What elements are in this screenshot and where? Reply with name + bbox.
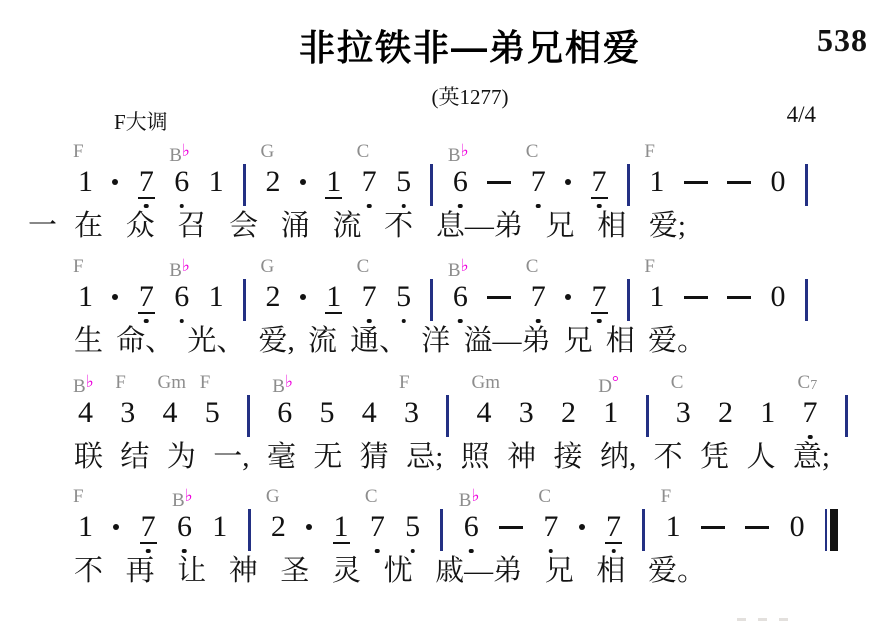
lyric-syllable: 不 — [74, 555, 103, 587]
chord-label: C — [357, 142, 370, 161]
octave-dot-icon — [144, 319, 149, 324]
chord-root: G — [260, 141, 274, 162]
chord-label: C — [671, 373, 684, 392]
duration-dash-icon — [499, 512, 523, 542]
chord-label: C — [538, 487, 551, 506]
note: 7 — [138, 282, 155, 312]
octave-dot-icon — [367, 319, 372, 324]
lyrics-line-4: 不再让神圣灵忧戚—弟兄相爱。 — [74, 555, 706, 587]
note-digit: 3 — [404, 398, 419, 428]
lyric-syllable: 众 — [126, 210, 155, 242]
chord-root: B — [169, 145, 182, 166]
chord-root: Gm — [472, 372, 501, 393]
lyric-syllable: 相 — [597, 210, 626, 242]
chord-root: G — [266, 486, 280, 507]
note: 5 — [405, 512, 420, 542]
key-signature: F大调 — [114, 106, 168, 136]
note-digit: 5 — [320, 398, 335, 428]
barline-icon — [430, 279, 433, 321]
duration-dash-icon — [487, 282, 511, 312]
lyric-syllable: 毫 — [267, 441, 296, 473]
chord-accidental-icon: ♭ — [461, 141, 469, 160]
note: 1 — [212, 512, 227, 542]
note: 6B♭ — [464, 512, 479, 542]
note: 1F — [78, 512, 93, 542]
note: 7C — [531, 167, 546, 197]
note: 6B♭ — [277, 398, 292, 428]
final-barline-icon — [825, 509, 838, 551]
lyric-syllable: 凭 — [700, 441, 729, 473]
barline-icon — [440, 509, 443, 551]
chord-accidental-icon: ♭ — [86, 372, 94, 391]
chord-accidental-icon: ° — [612, 372, 619, 391]
chord-label: B♭ — [272, 373, 293, 396]
lyric-syllable: 意; — [793, 441, 830, 473]
note-digit: 7 — [543, 512, 558, 542]
duration-dash-icon — [684, 167, 708, 197]
chord-root: B — [73, 376, 86, 397]
note-digit: 4 — [163, 398, 178, 428]
lyrics-line-2: 生命、光、爱,流通、洋溢—弟兄相爱。 — [74, 325, 706, 357]
lyric-syllable: 光、 — [187, 325, 245, 357]
lyric-syllable: 圣 — [280, 555, 309, 587]
barline-icon — [805, 164, 808, 206]
barline-icon — [243, 279, 246, 321]
note-digit: 1 — [649, 282, 664, 312]
octave-dot-icon — [597, 319, 602, 324]
lyric-syllable: 命、 — [116, 325, 174, 357]
note: 0 — [771, 167, 786, 197]
lyric-syllable: 忧 — [384, 555, 413, 587]
note-digit: 7 — [591, 282, 608, 314]
note-digit: 2 — [271, 512, 286, 542]
note: 6B♭ — [453, 167, 468, 197]
octave-dot-icon — [597, 204, 602, 209]
note: 4 — [362, 398, 377, 428]
note-digit: 0 — [790, 512, 805, 542]
note: 3F — [404, 398, 419, 428]
lyrics-line-3: 联结为一,毫无猜忌;照神接纳,不凭人意; — [74, 441, 830, 473]
page-bottom-cutoff-fragment — [737, 618, 788, 621]
note: 1 — [209, 167, 224, 197]
note: 1 — [325, 282, 342, 312]
octave-dot-icon — [401, 204, 406, 209]
lyric-syllable: 神 — [507, 441, 536, 473]
lyric-syllable: 流 — [332, 210, 361, 242]
chord-accidental-icon: ♭ — [285, 372, 293, 391]
note-digit: 1 — [209, 167, 224, 197]
chord-label: B♭ — [172, 487, 193, 510]
octave-dot-icon — [549, 549, 554, 554]
chord-root: G — [260, 256, 274, 277]
barline-icon — [642, 509, 645, 551]
chord-label: D° — [598, 373, 619, 396]
lyric-syllable: 联 — [74, 441, 103, 473]
note-digit: 1 — [209, 282, 224, 312]
chord-root: F — [73, 141, 84, 162]
note-digit: 1 — [78, 282, 93, 312]
octave-dot-icon — [182, 549, 187, 554]
chord-root: D — [598, 376, 612, 397]
octave-dot-icon — [458, 204, 463, 209]
note-digit: 6 — [177, 512, 192, 542]
chord-label: B♭ — [448, 142, 469, 165]
note-digit: 6 — [277, 398, 292, 428]
note-digit: 6 — [453, 167, 468, 197]
note: 1D° — [603, 398, 618, 428]
note-digit: 1 — [333, 512, 350, 544]
barline-icon — [430, 164, 433, 206]
octave-dot-icon — [144, 204, 149, 209]
note: 7C — [543, 512, 558, 542]
chord-label: F — [73, 257, 84, 276]
lyric-syllable: 不 — [654, 441, 683, 473]
octave-dot-icon — [375, 549, 380, 554]
chord-label: F — [115, 373, 126, 392]
chord-root: F — [661, 486, 672, 507]
note-digit: 7 — [531, 282, 546, 312]
note: 5 — [320, 398, 335, 428]
note: 7 — [138, 167, 155, 197]
note: 0 — [790, 512, 805, 542]
note: 1F — [666, 512, 681, 542]
lyric-syllable: 一, — [213, 441, 249, 473]
augmentation-dot-icon — [565, 167, 571, 197]
note-digit: 1 — [78, 512, 93, 542]
lyric-syllable: 在 — [74, 210, 103, 242]
note: 5 — [396, 282, 411, 312]
augmentation-dot-icon — [300, 167, 306, 197]
chord-label: B♭ — [73, 373, 94, 396]
duration-dash-icon — [701, 512, 725, 542]
lyric-syllable: 让 — [177, 555, 206, 587]
note: 0 — [771, 282, 786, 312]
barline-icon — [446, 395, 449, 437]
time-signature: 4/4 — [787, 102, 816, 128]
lyric-syllable: 兄 — [545, 555, 574, 587]
note: 3F — [120, 398, 135, 428]
note-digit: 7 — [138, 167, 155, 199]
note-digit: 1 — [212, 512, 227, 542]
note: 7 — [591, 282, 608, 312]
note: 1 — [333, 512, 350, 542]
note: 1 — [325, 167, 342, 197]
chord-root: F — [73, 256, 84, 277]
duration-dash-icon — [745, 512, 769, 542]
augmentation-dot-icon — [306, 512, 312, 542]
chord-root: B — [459, 490, 472, 511]
octave-dot-icon — [179, 204, 184, 209]
octave-dot-icon — [536, 204, 541, 209]
note-digit: 3 — [519, 398, 534, 428]
note: 5F — [205, 398, 220, 428]
note-digit: 1 — [325, 282, 342, 314]
barline-icon — [845, 395, 848, 437]
note-digit: 1 — [603, 398, 618, 428]
lyric-syllable: 无 — [313, 441, 342, 473]
note: 7C — [370, 512, 385, 542]
note: 1F — [78, 167, 93, 197]
note-digit: 6 — [174, 167, 189, 197]
barline-icon — [627, 279, 630, 321]
chord-root: F — [73, 486, 84, 507]
note-digit: 5 — [396, 282, 411, 312]
note-digit: 7 — [138, 282, 155, 314]
lyric-syllable: 通、 — [350, 325, 408, 357]
barline-icon — [627, 164, 630, 206]
lyric-syllable: 洋 — [421, 325, 450, 357]
note: 6B♭ — [174, 282, 189, 312]
chord-label: B♭ — [169, 142, 190, 165]
augmentation-dot-icon — [112, 282, 118, 312]
note: 7 — [605, 512, 622, 542]
note: 2 — [718, 398, 733, 428]
note-digit: 1 — [649, 167, 664, 197]
note-digit: 0 — [771, 282, 786, 312]
duration-dash-icon — [727, 167, 751, 197]
note-digit: 7 — [605, 512, 622, 544]
octave-dot-icon — [367, 204, 372, 209]
octave-dot-icon — [808, 435, 813, 440]
lyric-syllable: 结 — [120, 441, 149, 473]
chord-root: F — [644, 256, 655, 277]
chord-label: F — [644, 142, 655, 161]
note-digit: 2 — [265, 282, 280, 312]
note-digit: 2 — [561, 398, 576, 428]
octave-dot-icon — [410, 549, 415, 554]
lyric-syllable: 兄 — [546, 210, 575, 242]
chord-label: B♭ — [459, 487, 480, 510]
chord-label: C — [526, 142, 539, 161]
chord-label: Gm — [472, 373, 501, 392]
note: 7 — [591, 167, 608, 197]
lyric-syllable: 涌 — [281, 210, 310, 242]
chord-label: C — [365, 487, 378, 506]
note-digit: 5 — [205, 398, 220, 428]
chord-label: B♭ — [448, 257, 469, 280]
note-digit: 1 — [666, 512, 681, 542]
augmentation-dot-icon — [112, 167, 118, 197]
hymn-title: 非拉铁非—弟兄相爱 — [46, 20, 894, 71]
note: 1F — [649, 167, 664, 197]
octave-dot-icon — [458, 319, 463, 324]
barline-icon — [247, 395, 250, 437]
chord-accidental-icon: ♭ — [182, 141, 190, 160]
barline-icon — [646, 395, 649, 437]
chord-accidental-icon: ♭ — [185, 486, 193, 505]
music-line-1: 1F76B♭12G17C56B♭7C71F0 — [78, 167, 808, 206]
note: 4Gm — [477, 398, 492, 428]
barline-icon — [248, 509, 251, 551]
chord-root: F — [644, 141, 655, 162]
chord-accidental-icon: ♭ — [461, 256, 469, 275]
chord-root: F — [115, 372, 126, 393]
chord-root: B — [448, 145, 461, 166]
chord-root: B — [272, 376, 285, 397]
chord-accidental-icon: ♭ — [182, 256, 190, 275]
note-digit: 4 — [362, 398, 377, 428]
chord-label: F — [644, 257, 655, 276]
augmentation-dot-icon — [300, 282, 306, 312]
note: 1 — [760, 398, 775, 428]
chord-label: C — [526, 257, 539, 276]
augmentation-dot-icon — [565, 282, 571, 312]
note-digit: 1 — [325, 167, 342, 199]
lyric-syllable: 召 — [177, 210, 206, 242]
note: 2G — [271, 512, 286, 542]
chord-label: C — [357, 257, 370, 276]
note: 7C7 — [803, 398, 818, 428]
note-digit: 6 — [174, 282, 189, 312]
note: 6B♭ — [174, 167, 189, 197]
lyric-syllable: 息—弟 — [436, 210, 523, 242]
lyric-syllable: 溢—弟 — [463, 325, 550, 357]
note-digit: 4 — [78, 398, 93, 428]
lyric-syllable: 忌; — [406, 441, 443, 473]
music-line-4: 1F76B♭12G17C56B♭7C71F0 — [78, 512, 838, 551]
note-digit: 2 — [718, 398, 733, 428]
note-digit: 7 — [362, 282, 377, 312]
lyric-syllable: 兄 — [564, 325, 593, 357]
chord-root: F — [399, 372, 410, 393]
note-digit: 5 — [405, 512, 420, 542]
octave-dot-icon — [179, 319, 184, 324]
lyric-syllable: 流 — [308, 325, 337, 357]
chord-root: C — [365, 486, 378, 507]
note-digit: 7 — [591, 167, 608, 199]
note: 7C — [362, 167, 377, 197]
note: 3C — [676, 398, 691, 428]
note-digit: 3 — [676, 398, 691, 428]
lyric-syllable: 戚—弟 — [435, 555, 522, 587]
chord-label: F — [73, 142, 84, 161]
note-digit: 4 — [477, 398, 492, 428]
chord-label: C7 — [798, 373, 818, 393]
chord-root: B — [172, 490, 185, 511]
note: 5 — [396, 167, 411, 197]
chord-seventh: 7 — [810, 378, 817, 393]
octave-dot-icon — [611, 549, 616, 554]
note-digit: 3 — [120, 398, 135, 428]
note-digit: 1 — [760, 398, 775, 428]
chord-root: C — [526, 256, 539, 277]
chord-label: B♭ — [169, 257, 190, 280]
chord-label: F — [661, 487, 672, 506]
lyric-syllable: 人 — [746, 441, 775, 473]
lyric-syllable: 相 — [596, 555, 625, 587]
barline-icon — [805, 279, 808, 321]
octave-dot-icon — [536, 319, 541, 324]
note: 1F — [649, 282, 664, 312]
note-digit: 7 — [803, 398, 818, 428]
chord-label: F — [200, 373, 211, 392]
chord-label: G — [260, 257, 274, 276]
note: 7 — [140, 512, 157, 542]
augmentation-dot-icon — [579, 512, 585, 542]
barline-icon — [243, 164, 246, 206]
lyric-syllable: 生 — [74, 325, 103, 357]
note: 6B♭ — [177, 512, 192, 542]
note: 7C — [362, 282, 377, 312]
lyric-syllable: 神 — [229, 555, 258, 587]
lyric-syllable: 纳, — [600, 441, 636, 473]
note-digit: 7 — [362, 167, 377, 197]
note-digit: 7 — [531, 167, 546, 197]
lyric-syllable: 相 — [606, 325, 635, 357]
chord-root: C — [671, 372, 684, 393]
lyric-syllable: 会 — [229, 210, 258, 242]
chord-root: C — [357, 256, 370, 277]
chord-root: B — [448, 260, 461, 281]
note: 2G — [265, 167, 280, 197]
octave-dot-icon — [401, 319, 406, 324]
duration-dash-icon — [727, 282, 751, 312]
music-line-2: 1F76B♭12G17C56B♭7C71F0 — [78, 282, 808, 321]
note-digit: 7 — [140, 512, 157, 544]
lyric-syllable: 爱, — [259, 325, 295, 357]
chord-accidental-icon: ♭ — [471, 486, 479, 505]
note: 6B♭ — [453, 282, 468, 312]
lyric-syllable: 爱。 — [648, 555, 706, 587]
duration-dash-icon — [684, 282, 708, 312]
chord-root: F — [200, 372, 211, 393]
music-line-3: 4B♭3F4Gm5F6B♭543F4Gm321D°3C217C7 — [78, 398, 848, 437]
note-digit: 5 — [396, 167, 411, 197]
note-digit: 2 — [265, 167, 280, 197]
octave-dot-icon — [469, 549, 474, 554]
chord-root: C — [357, 141, 370, 162]
lyric-syllable: 不 — [384, 210, 413, 242]
chord-label: F — [399, 373, 410, 392]
chord-label: G — [266, 487, 280, 506]
note: 4B♭ — [78, 398, 93, 428]
lyric-syllable: 照 — [461, 441, 490, 473]
verse-number: 一 — [28, 210, 57, 242]
chord-root: B — [169, 260, 182, 281]
note: 1F — [78, 282, 93, 312]
note: 7C — [531, 282, 546, 312]
lyric-syllable: 为 — [167, 441, 196, 473]
lyric-syllable: 猜 — [360, 441, 389, 473]
lyric-syllable: 接 — [554, 441, 583, 473]
note-digit: 6 — [453, 282, 468, 312]
note-digit: 7 — [370, 512, 385, 542]
note-digit: 0 — [771, 167, 786, 197]
lyric-syllable: 再 — [126, 555, 155, 587]
note: 4Gm — [163, 398, 178, 428]
lyric-syllable: 爱; — [649, 210, 686, 242]
octave-dot-icon — [146, 549, 151, 554]
lyric-syllable: 爱。 — [648, 325, 706, 357]
note: 2 — [561, 398, 576, 428]
duration-dash-icon — [487, 167, 511, 197]
note: 2G — [265, 282, 280, 312]
chord-label: G — [260, 142, 274, 161]
lyric-syllable: 灵 — [332, 555, 361, 587]
hymn-subtitle-index: (英1277) — [46, 81, 894, 111]
note-digit: 6 — [464, 512, 479, 542]
chord-root: C — [538, 486, 551, 507]
augmentation-dot-icon — [113, 512, 119, 542]
chord-root: C — [526, 141, 539, 162]
note-digit: 1 — [78, 167, 93, 197]
chord-root: C — [798, 372, 811, 393]
chord-root: Gm — [158, 372, 187, 393]
lyrics-line-1: 在众召会涌流不息—弟兄相爱; — [74, 210, 686, 242]
chord-label: F — [73, 487, 84, 506]
note: 1 — [209, 282, 224, 312]
note: 3 — [519, 398, 534, 428]
